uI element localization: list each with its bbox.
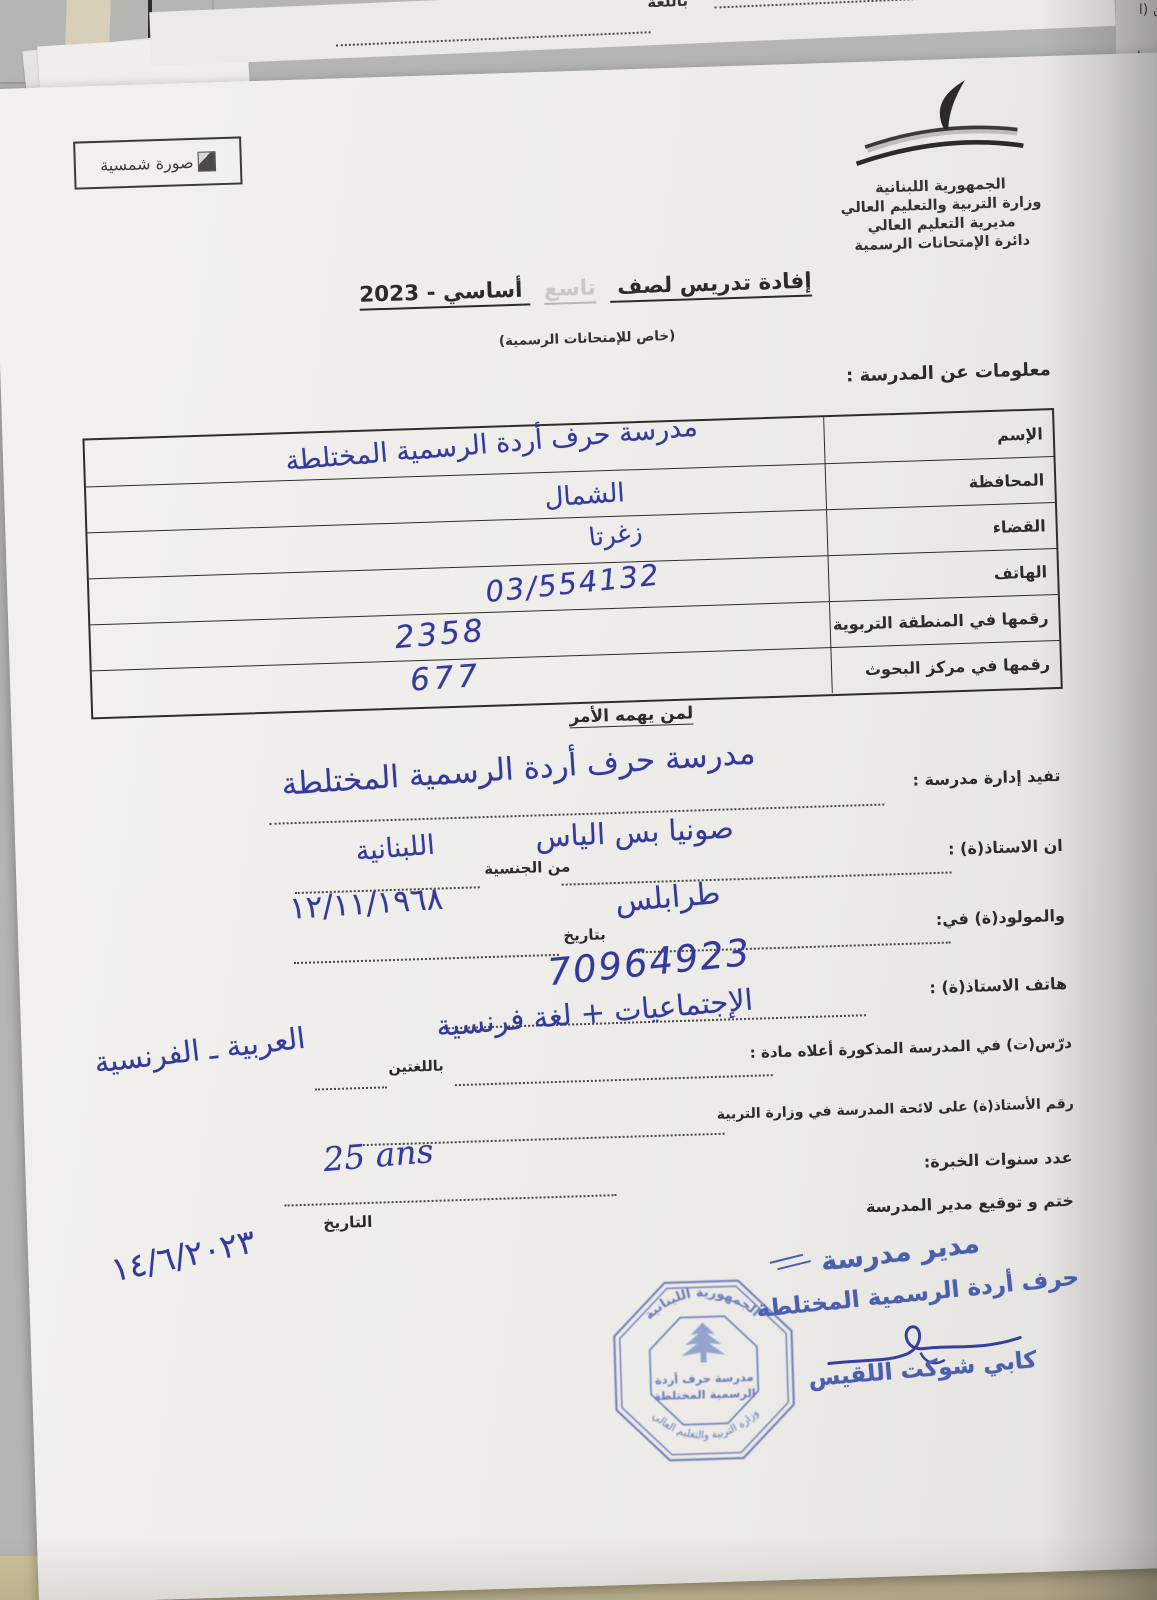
field-label-teacher: ان الاستاذ(ة) :: [948, 836, 1063, 859]
field-label-birthdate: بتاريخ: [563, 925, 606, 944]
background-text-fragment: ن (ا: [1139, 2, 1157, 18]
handwritten-governorate: الشمال: [544, 478, 626, 513]
document-subtitle: (خاص للإمتحانات الرسمية): [294, 321, 879, 355]
document-title-block: إفادة تدريس لصف تاسع أساسي - 2023 (خاص ل…: [293, 266, 880, 355]
handwritten-languages: العربية ـ الفرنسية: [92, 1021, 307, 1080]
document-paper: صورة شمسية الجمهورية اللبنانية وزارة الت…: [0, 52, 1157, 1600]
ministry-header: الجمهورية اللبنانية وزارة التربية والتعل…: [820, 74, 1060, 257]
table-label: الإسم: [823, 410, 1053, 463]
date-label: التاريخ: [323, 1213, 373, 1233]
table-label: رقمها في مركز البحوث: [830, 640, 1060, 693]
background-text-fragment: باللغة: [647, 0, 688, 11]
dotted-line: [294, 952, 559, 964]
field-label-nationality: من الجنسية: [484, 857, 571, 878]
svg-text:وزارة التربية والتعليم العالي: وزارة التربية والتعليم العالي: [650, 1407, 762, 1443]
field-label-subject: درّس(ت) في المدرسة المذكورة أعلاه مادة :: [749, 1034, 1072, 1062]
official-octagon-stamp: الجمهورية اللبنانية وزارة التربية والتعل…: [601, 1267, 807, 1473]
principal-title: مدير مدرسة: [819, 1228, 981, 1278]
field-label-school: تفيد إدارة مدرسة :: [912, 766, 1061, 790]
title-part2: أساسي - 2023: [359, 278, 523, 308]
letter-heading: لمن يهمه الأمر: [569, 703, 693, 727]
photo-scene: باللغة ن (ا م الأ د ه تم صورة شمسية الجم…: [0, 0, 1157, 1600]
table-label: القضاء: [826, 502, 1056, 555]
cedar-tree-icon: [681, 1322, 726, 1363]
handwritten-date: ١٤/٦/٢٠٢٣: [108, 1221, 259, 1289]
dotted-line-fragment: [714, 0, 1009, 9]
background-sheet-top: باللغة: [149, 0, 1115, 66]
photo-stamp-box: صورة شمسية: [73, 136, 242, 189]
school-info-heading: معلومات عن المدرسة :: [846, 359, 1051, 386]
field-label-roster-number: رقم الأستاذ(ة) على لائحة المدرسة في وزار…: [716, 1096, 1074, 1123]
dotted-line: [455, 1072, 773, 1086]
seal-signature-label: ختم و توقيع مدير المدرسة: [866, 1191, 1075, 1217]
school-info-table: الإسم المحافظة القضاء الهاتف رقمها في ال…: [82, 408, 1062, 719]
handwritten-teacher-name: صونيا بس الياس: [534, 811, 734, 855]
title-part1: إفادة تدريس لصف: [617, 269, 812, 300]
handwritten-nationality: اللبنانية: [354, 830, 436, 868]
field-label-born: والمولود(ة) في:: [936, 906, 1066, 929]
photo-box-label: صورة شمسية: [100, 152, 194, 174]
handwritten-zone-number: 2358: [393, 613, 487, 656]
dotted-line: [315, 1084, 387, 1090]
table-label: الهاتف: [827, 548, 1057, 601]
handwritten-birthplace: طرابلس: [614, 876, 722, 920]
document-title: إفادة تدريس لصف تاسع أساسي - 2023: [359, 269, 812, 308]
table-label: المحافظة: [825, 456, 1055, 509]
handwritten-birthdate: ١٢/١١/١٩٦٨: [288, 881, 444, 927]
handwritten-subjects: الإجتماعيات + لغة فرنسية: [435, 983, 754, 1043]
handwritten-research-number: 677: [409, 658, 482, 699]
photo-icon: [197, 151, 216, 172]
field-label-phone: هاتف الاستاذ(ة) :: [929, 974, 1067, 997]
handwritten-school-name: مدرسة حرف أردة الرسمية المختلطة: [280, 735, 756, 802]
dotted-line: [285, 1192, 617, 1206]
open-book-logo-icon: [832, 74, 1045, 181]
svg-text:الرسمية المختلطة: الرسمية المختلطة: [654, 1386, 756, 1403]
title-faded-word: تاسع: [544, 275, 597, 302]
field-label-languages: باللغتين: [388, 1059, 444, 1077]
table-label: رقمها في المنطقة التربوية: [829, 594, 1059, 647]
handwritten-experience: 25 ans: [322, 1131, 435, 1179]
field-label-experience: عدد سنوات الخبرة:: [924, 1148, 1073, 1172]
svg-text:مدرسة حرف أردة: مدرسة حرف أردة: [655, 1369, 754, 1387]
dotted-line-fragment: [336, 29, 651, 46]
